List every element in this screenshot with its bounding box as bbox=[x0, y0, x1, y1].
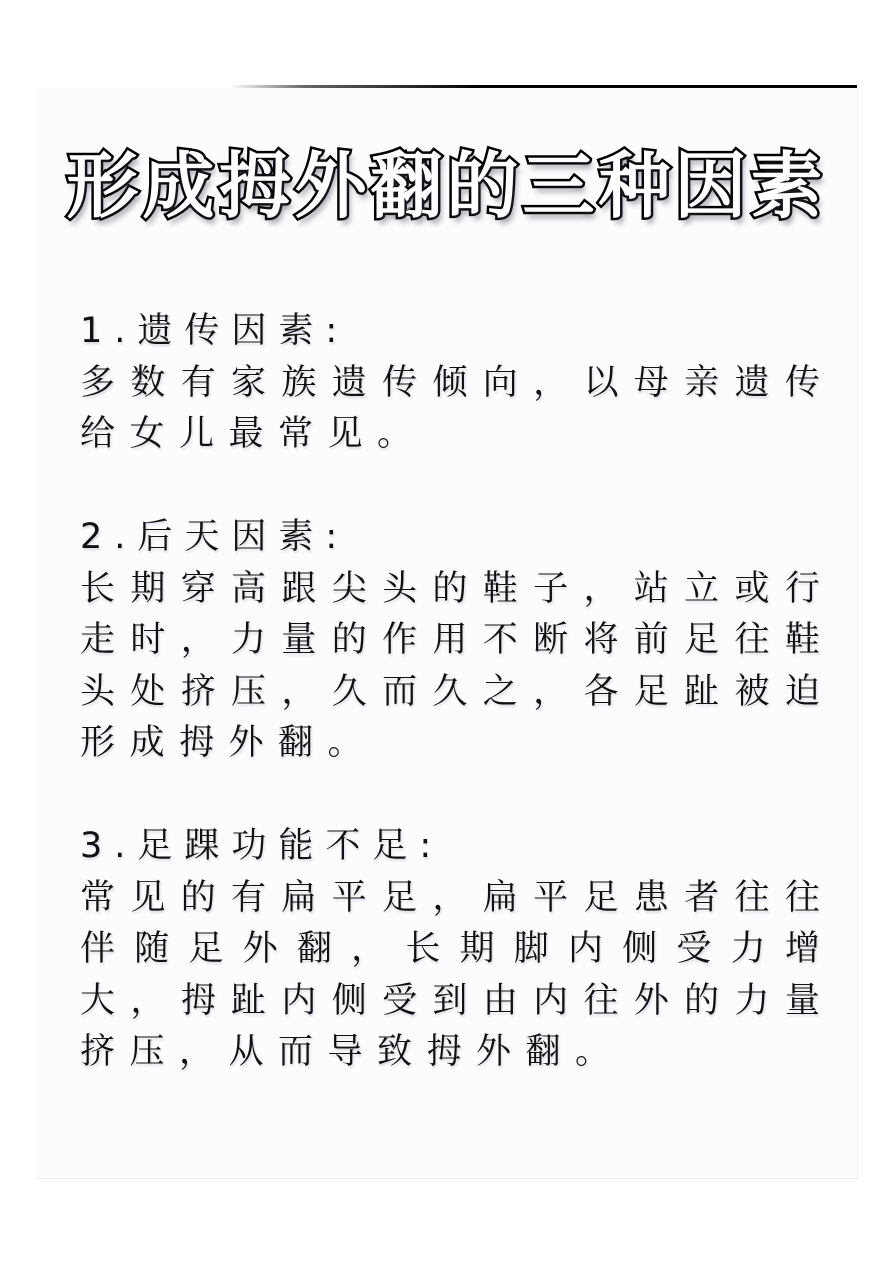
text-char: 压 bbox=[231, 667, 266, 719]
text-char: ， bbox=[351, 924, 386, 976]
text-char: 随 bbox=[134, 924, 169, 976]
text-char: ， bbox=[583, 564, 618, 616]
paragraph-line: 挤压，从而导致拇外翻。 bbox=[80, 1027, 820, 1079]
text-char: 数 bbox=[130, 358, 165, 410]
text-char: 处 bbox=[130, 667, 165, 719]
text-char: 到 bbox=[432, 976, 467, 1028]
text-char: 的 bbox=[432, 564, 467, 616]
text-char: 平 bbox=[533, 873, 568, 925]
section-heading: 3.足踝功能不足: bbox=[80, 821, 820, 873]
text-char: 力 bbox=[734, 976, 769, 1028]
paragraph-line: 伴随足外翻，长期脚内侧受力增 bbox=[80, 924, 820, 976]
text-char: 的 bbox=[332, 615, 367, 667]
text-char: 迫 bbox=[785, 667, 820, 719]
page-title: 形成拇外翻的三种因素 bbox=[0, 140, 893, 232]
text-char: 时 bbox=[130, 615, 165, 667]
text-char: 者 bbox=[684, 873, 719, 925]
article-body: 1.遗传因素: 多数有家族遗传倾向，以母亲遗传 给女儿最常见。 2.后天因素: … bbox=[80, 306, 820, 1130]
text-char: 患 bbox=[634, 873, 669, 925]
text-char: 立 bbox=[684, 564, 719, 616]
text-char: 多 bbox=[80, 358, 115, 410]
paragraph-line: 头处挤压，久而久之，各足趾被迫 bbox=[80, 667, 820, 719]
text-char: 扁 bbox=[281, 873, 316, 925]
section-ankle-dysfunction: 3.足踝功能不足: 常见的有扁平足，扁平足患者往往 伴随足外翻，长期脚内侧受力增… bbox=[80, 821, 820, 1079]
page-title-text: 形成拇外翻的三种因素 bbox=[66, 150, 826, 222]
text-char: ， bbox=[432, 873, 467, 925]
text-char: 增 bbox=[785, 924, 820, 976]
text-char: 遗 bbox=[734, 358, 769, 410]
text-char: 子 bbox=[533, 564, 568, 616]
text-char: 族 bbox=[281, 358, 316, 410]
text-char: 足 bbox=[188, 924, 223, 976]
text-char: 鞋 bbox=[785, 615, 820, 667]
text-char: 各 bbox=[583, 667, 618, 719]
text-char: 拇 bbox=[181, 976, 216, 1028]
text-char: 内 bbox=[533, 976, 568, 1028]
text-char: 内 bbox=[281, 976, 316, 1028]
text-char: 的 bbox=[684, 976, 719, 1028]
text-char: 平 bbox=[332, 873, 367, 925]
paragraph-line: 给女儿最常见。 bbox=[80, 409, 820, 461]
text-char: 跟 bbox=[281, 564, 316, 616]
text-char: 往 bbox=[734, 615, 769, 667]
text-char: 力 bbox=[231, 615, 266, 667]
paragraph-line: 形成拇外翻。 bbox=[80, 718, 820, 770]
text-char: 倾 bbox=[432, 358, 467, 410]
text-char: ， bbox=[533, 358, 568, 410]
text-char: 往 bbox=[583, 976, 618, 1028]
text-char: 见 bbox=[130, 873, 165, 925]
text-char: 头 bbox=[382, 564, 417, 616]
text-char: 尖 bbox=[332, 564, 367, 616]
paragraph-line: 走时，力量的作用不断将前足往鞋 bbox=[80, 615, 820, 667]
text-char: 期 bbox=[460, 924, 495, 976]
text-char: ， bbox=[130, 976, 165, 1028]
text-char: 作 bbox=[382, 615, 417, 667]
text-char: 头 bbox=[80, 667, 115, 719]
text-char: 有 bbox=[181, 358, 216, 410]
text-char: 趾 bbox=[684, 667, 719, 719]
section-acquired-factors: 2.后天因素: 长期穿高跟尖头的鞋子，站立或行 走时，力量的作用不断将前足往鞋 … bbox=[80, 512, 820, 770]
paragraph-line: 常见的有扁平足，扁平足患者往往 bbox=[80, 873, 820, 925]
text-char: 趾 bbox=[231, 976, 266, 1028]
text-char: 鞋 bbox=[483, 564, 518, 616]
paragraph-line: 多数有家族遗传倾向，以母亲遗传 bbox=[80, 358, 820, 410]
text-char: 断 bbox=[533, 615, 568, 667]
text-char: 足 bbox=[634, 667, 669, 719]
text-char: 往 bbox=[785, 873, 820, 925]
text-char: 遗 bbox=[332, 358, 367, 410]
text-char: 受 bbox=[676, 924, 711, 976]
text-char: 站 bbox=[634, 564, 669, 616]
text-char: 翻 bbox=[297, 924, 332, 976]
text-char: 高 bbox=[231, 564, 266, 616]
text-char: 有 bbox=[231, 873, 266, 925]
paragraph-line: 长期穿高跟尖头的鞋子，站立或行 bbox=[80, 564, 820, 616]
section-heading: 1.遗传因素: bbox=[80, 306, 820, 358]
text-char: 向 bbox=[483, 358, 518, 410]
section-heading: 2.后天因素: bbox=[80, 512, 820, 564]
text-char: 的 bbox=[181, 873, 216, 925]
text-char: 足 bbox=[684, 615, 719, 667]
text-char: 长 bbox=[405, 924, 440, 976]
text-char: 穿 bbox=[181, 564, 216, 616]
text-char: 往 bbox=[734, 873, 769, 925]
text-char: 外 bbox=[634, 976, 669, 1028]
text-char: 不 bbox=[483, 615, 518, 667]
text-char: 力 bbox=[731, 924, 766, 976]
text-char: 行 bbox=[785, 564, 820, 616]
text-char: 久 bbox=[432, 667, 467, 719]
text-char: 量 bbox=[785, 976, 820, 1028]
text-char: 足 bbox=[583, 873, 618, 925]
text-char: 长 bbox=[80, 564, 115, 616]
text-char: 伴 bbox=[80, 924, 115, 976]
paragraph-line: 大，拇趾内侧受到由内往外的力量 bbox=[80, 976, 820, 1028]
text-char: 量 bbox=[281, 615, 316, 667]
text-char: 扁 bbox=[483, 873, 518, 925]
text-char: 走 bbox=[80, 615, 115, 667]
text-char: 侧 bbox=[622, 924, 657, 976]
text-char: 侧 bbox=[332, 976, 367, 1028]
text-char: 传 bbox=[785, 358, 820, 410]
text-char: 家 bbox=[231, 358, 266, 410]
text-char: ， bbox=[181, 615, 216, 667]
text-char: 用 bbox=[432, 615, 467, 667]
text-char: 亲 bbox=[684, 358, 719, 410]
text-char: 挤 bbox=[181, 667, 216, 719]
text-char: ， bbox=[533, 667, 568, 719]
section-genetic-factors: 1.遗传因素: 多数有家族遗传倾向，以母亲遗传 给女儿最常见。 bbox=[80, 306, 820, 461]
text-char: 久 bbox=[332, 667, 367, 719]
text-char: 大 bbox=[80, 976, 115, 1028]
text-char: 或 bbox=[734, 564, 769, 616]
text-char: 传 bbox=[382, 358, 417, 410]
text-char: 脚 bbox=[514, 924, 549, 976]
text-char: 被 bbox=[734, 667, 769, 719]
text-char: 由 bbox=[483, 976, 518, 1028]
text-char: 常 bbox=[80, 873, 115, 925]
text-char: 外 bbox=[243, 924, 278, 976]
text-char: 将 bbox=[583, 615, 618, 667]
text-char: 而 bbox=[382, 667, 417, 719]
text-char: 期 bbox=[130, 564, 165, 616]
text-char: 之 bbox=[483, 667, 518, 719]
text-char: 前 bbox=[634, 615, 669, 667]
text-char: ， bbox=[281, 667, 316, 719]
text-char: 足 bbox=[382, 873, 417, 925]
text-char: 母 bbox=[634, 358, 669, 410]
text-char: 内 bbox=[568, 924, 603, 976]
text-char: 以 bbox=[583, 358, 618, 410]
text-char: 受 bbox=[382, 976, 417, 1028]
